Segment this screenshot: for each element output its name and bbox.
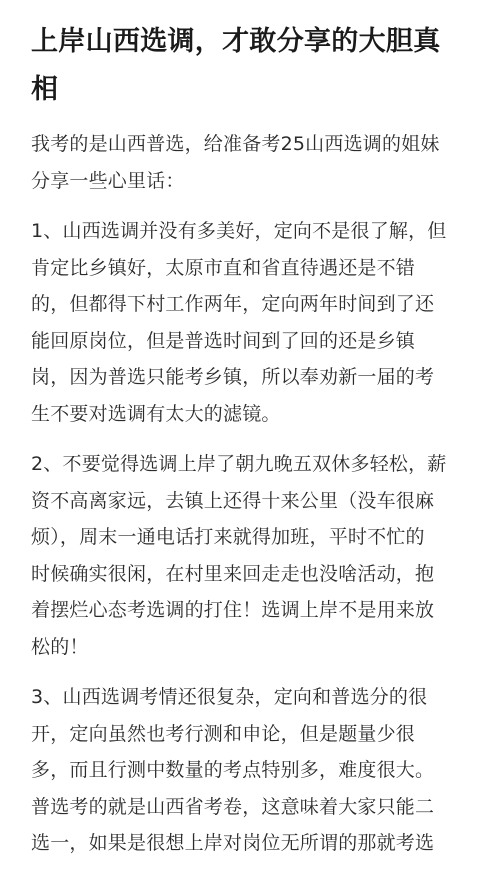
article-title: 上岸山西选调，才敢分享的大胆真 相 [31,18,471,114]
intro-paragraph: 我考的是山西普选，给准备考25山西选调的姐妹 分享一些心里话： [31,126,471,199]
text-line: 我考的是山西普选，给准备考25山西选调的姐妹 [31,126,471,163]
text-line: 的，但都得下村工作两年，定向两年时间到了还 [31,286,471,323]
text-line: 分享一些心里话： [31,163,471,200]
title-line: 上岸山西选调，才敢分享的大胆真 [31,18,471,66]
text-line: 时候确实很闲，在村里来回走走也没啥活动，抱 [31,556,471,593]
text-line: 1、山西选调并没有多美好，定向不是很了解，但 [31,213,471,250]
text-line: 3、山西选调考情还很复杂，定向和普选分的很 [31,679,471,716]
text-line: 资不高离家远，去镇上还得十来公里（没车很麻 [31,483,471,520]
text-line: 肯定比乡镇好，太原市直和省直待遇还是不错 [31,250,471,287]
text-line: 生不要对选调有太大的滤镜。 [31,396,471,433]
title-line: 相 [31,66,471,114]
point-1-paragraph: 1、山西选调并没有多美好，定向不是很了解，但 肯定比乡镇好，太原市直和省直待遇还… [31,213,471,432]
text-line: 松的！ [31,629,471,666]
point-2-paragraph: 2、不要觉得选调上岸了朝九晚五双休多轻松，薪 资不高离家远，去镇上还得十来公里（… [31,446,471,665]
text-line: 着摆烂心态考选调的打住！选调上岸不是用来放 [31,592,471,629]
text-line: 烦），周末一通电话打来就得加班，平时不忙的 [31,519,471,556]
text-line: 普选考的就是山西省考卷，这意味着大家只能二 [31,789,471,826]
text-line: 岗，因为普选只能考乡镇，所以奉劝新一届的考 [31,359,471,396]
text-line: 开，定向虽然也考行测和申论，但是题量少很 [31,716,471,753]
point-3-paragraph: 3、山西选调考情还很复杂，定向和普选分的很 开，定向虽然也考行测和申论，但是题量… [31,679,471,862]
text-line: 能回原岗位，但是普选时间到了回的还是乡镇 [31,323,471,360]
text-line: 2、不要觉得选调上岸了朝九晚五双休多轻松，薪 [31,446,471,483]
text-line: 多，而且行测中数量的考点特别多，难度很大。 [31,752,471,789]
article: 上岸山西选调，才敢分享的大胆真 相 我考的是山西普选，给准备考25山西选调的姐妹… [31,18,471,862]
text-line: 选一，如果是很想上岸对岗位无所谓的那就考选 [31,825,471,862]
